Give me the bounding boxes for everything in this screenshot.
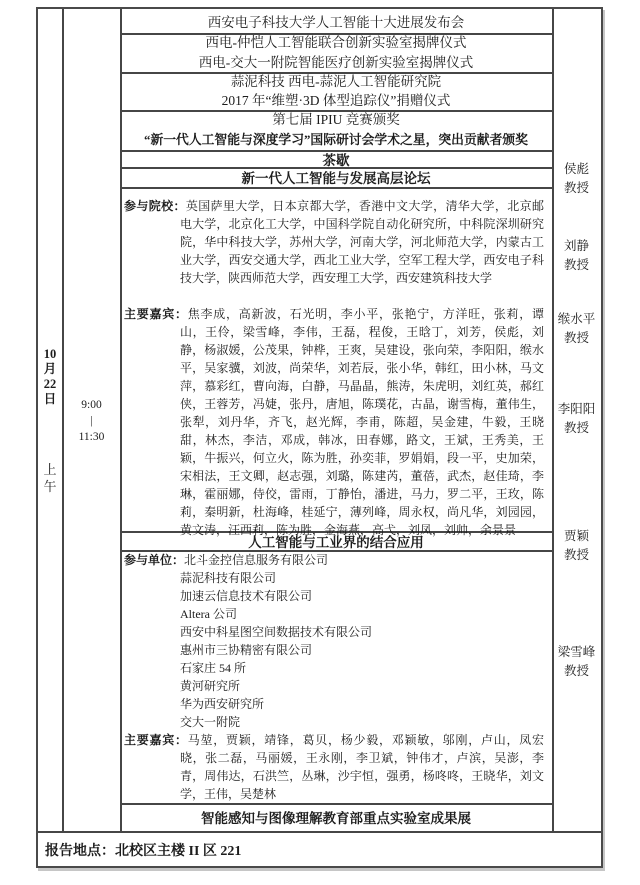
chair-title: 教授	[553, 546, 600, 565]
unit-item: 北斗金控信息服务有限公司	[184, 553, 328, 567]
event-title: 茶歇	[120, 149, 552, 169]
chair-title: 教授	[553, 662, 600, 681]
event-title: 蒜泥科技 西电-蒜泥人工智能研究院	[120, 72, 552, 91]
unit-item: 华为西安研究所	[180, 695, 544, 713]
forum-schools: 参与院校：英国萨里大学，日本京都大学，香港中文大学，清华大学，北京邮电大学，北京…	[124, 197, 544, 287]
event-title: 2017 年“维塑·3D 体型追踪仪”捐赠仪式	[120, 91, 552, 110]
unit-item: 加速云信息技术有限公司	[180, 587, 544, 605]
chair-name: 侯彪	[553, 160, 600, 179]
event-title: 西电-仲恺人工智能联合创新实验室揭牌仪式	[120, 33, 552, 53]
chair-title: 教授	[553, 419, 600, 438]
period-cell: 上 午	[38, 461, 62, 495]
unit-item: 交大一附院	[180, 713, 544, 731]
date-line: 22	[38, 377, 62, 392]
unit-item: 石家庄 54 所	[180, 659, 544, 677]
unit-item: 蒜泥科技有限公司	[180, 569, 544, 587]
time-end: 11:30	[63, 429, 120, 445]
chair-entry: 梁雪峰 教授	[553, 643, 600, 681]
date-line: 日	[38, 392, 62, 407]
event-row-awards: 第七届 IPIU 竞赛颁奖 “新一代人工智能与深度学习”国际研讨会学术之星，突出…	[120, 110, 552, 150]
unit-item: Altera 公司	[180, 605, 544, 623]
event-row-release: 西安电子科技大学人工智能十大进展发布会	[120, 9, 552, 33]
event-row-donation: 蒜泥科技 西电-蒜泥人工智能研究院 2017 年“维塑·3D 体型追踪仪”捐赠仪…	[120, 72, 552, 110]
date-cell: 10 月 22 日	[38, 347, 62, 407]
venue-row: 报告地点：北校区主楼 II 区 221	[38, 831, 601, 868]
unit-item: 惠州市三协精密有限公司	[180, 641, 544, 659]
chair-entry: 缑水平 教授	[553, 310, 600, 348]
event-title: 第七届 IPIU 竞赛颁奖	[120, 110, 552, 130]
forum-guests: 主要嘉宾：焦李成，高新波，石光明，李小平，张艳宁，方洋旺，张莉，谭山，王伶，梁雪…	[124, 305, 544, 539]
event-row-tea-break: 茶歇	[120, 150, 552, 167]
event-row-unveiling: 西电-仲恺人工智能联合创新实验室揭牌仪式 西电-交大一附院智能医疗创新实验室揭牌…	[120, 33, 552, 72]
chair-name: 贾颖	[553, 527, 600, 546]
event-row-forum-title: 新一代人工智能与发展高层论坛	[120, 167, 552, 187]
chair-entry: 李阳阳 教授	[553, 400, 600, 438]
time-start: 9:00	[63, 397, 120, 413]
industry-guests: 主要嘉宾：马堃，贾颖，靖锋，葛贝，杨少毅，邓颖敏，邬刚，卢山，凤宏晓，张二磊，马…	[124, 731, 544, 803]
forum-details-cell: 参与院校：英国萨里大学，日本京都大学，香港中文大学，清华大学，北京邮电大学，北京…	[120, 187, 552, 531]
event-title: “新一代人工智能与深度学习”国际研讨会学术之星，突出贡献者颁奖	[120, 130, 552, 150]
chair-name: 梁雪峰	[553, 643, 600, 662]
period-line: 上	[38, 461, 62, 478]
chair-entry: 刘静 教授	[553, 237, 600, 275]
event-title: 西电-交大一附院智能医疗创新实验室揭牌仪式	[120, 53, 552, 73]
chair-entry: 贾颖 教授	[553, 527, 600, 565]
schools-list: 英国萨里大学，日本京都大学，香港中文大学，清华大学，北京邮电大学，北京化工大学，…	[180, 199, 544, 285]
chair-name: 李阳阳	[553, 400, 600, 419]
unit-item: 黄河研究所	[180, 677, 544, 695]
chair-name: 刘静	[553, 237, 600, 256]
spacer	[124, 287, 544, 305]
chair-title: 教授	[553, 256, 600, 275]
units-label: 参与单位：	[124, 553, 184, 567]
event-row-exhibition: 智能感知与图像理解教育部重点实验室成果展	[120, 803, 552, 831]
chair-title: 教授	[553, 329, 600, 348]
schedule-page: 10 月 22 日 上 午 9:00 | 11:30 西安电子科技大学人工智能十…	[0, 0, 640, 885]
chair-title: 教授	[553, 179, 600, 198]
period-line: 午	[38, 478, 62, 495]
venue-label: 报告地点：	[45, 840, 115, 860]
chair-entry: 侯彪 教授	[553, 160, 600, 198]
date-line: 月	[38, 362, 62, 377]
schools-label: 参与院校：	[124, 199, 186, 213]
industry-details-cell: 参与单位：北斗金控信息服务有限公司 蒜泥科技有限公司 加速云信息技术有限公司 A…	[120, 550, 552, 803]
event-row-industry-title: 人工智能与工业界的结合应用	[120, 531, 552, 550]
time-separator: |	[63, 413, 120, 429]
guests-list: 马堃，贾颖，靖锋，葛贝，杨少毅，邓颖敏，邬刚，卢山，凤宏晓，张二磊，马丽媛，王永…	[180, 733, 544, 801]
chair-name: 缑水平	[553, 310, 600, 329]
event-title: 智能感知与图像理解教育部重点实验室成果展	[120, 807, 552, 827]
event-title: 人工智能与工业界的结合应用	[120, 531, 552, 551]
date-line: 10	[38, 347, 62, 362]
event-title: 新一代人工智能与发展高层论坛	[120, 167, 552, 187]
unit-item: 西安中科星图空间数据技术有限公司	[180, 623, 544, 641]
venue-value: 北校区主楼 II 区 221	[115, 840, 241, 860]
event-title: 西安电子科技大学人工智能十大进展发布会	[120, 11, 552, 31]
schedule-table: 10 月 22 日 上 午 9:00 | 11:30 西安电子科技大学人工智能十…	[36, 7, 603, 868]
guests-label: 主要嘉宾：	[124, 733, 188, 747]
guests-list: 焦李成，高新波，石光明，李小平，张艳宁，方洋旺，张莉，谭山，王伶，梁雪峰，李伟，…	[180, 307, 544, 537]
guests-label: 主要嘉宾：	[124, 307, 188, 321]
time-cell: 9:00 | 11:30	[63, 397, 120, 445]
industry-units: 参与单位：北斗金控信息服务有限公司	[124, 551, 544, 569]
